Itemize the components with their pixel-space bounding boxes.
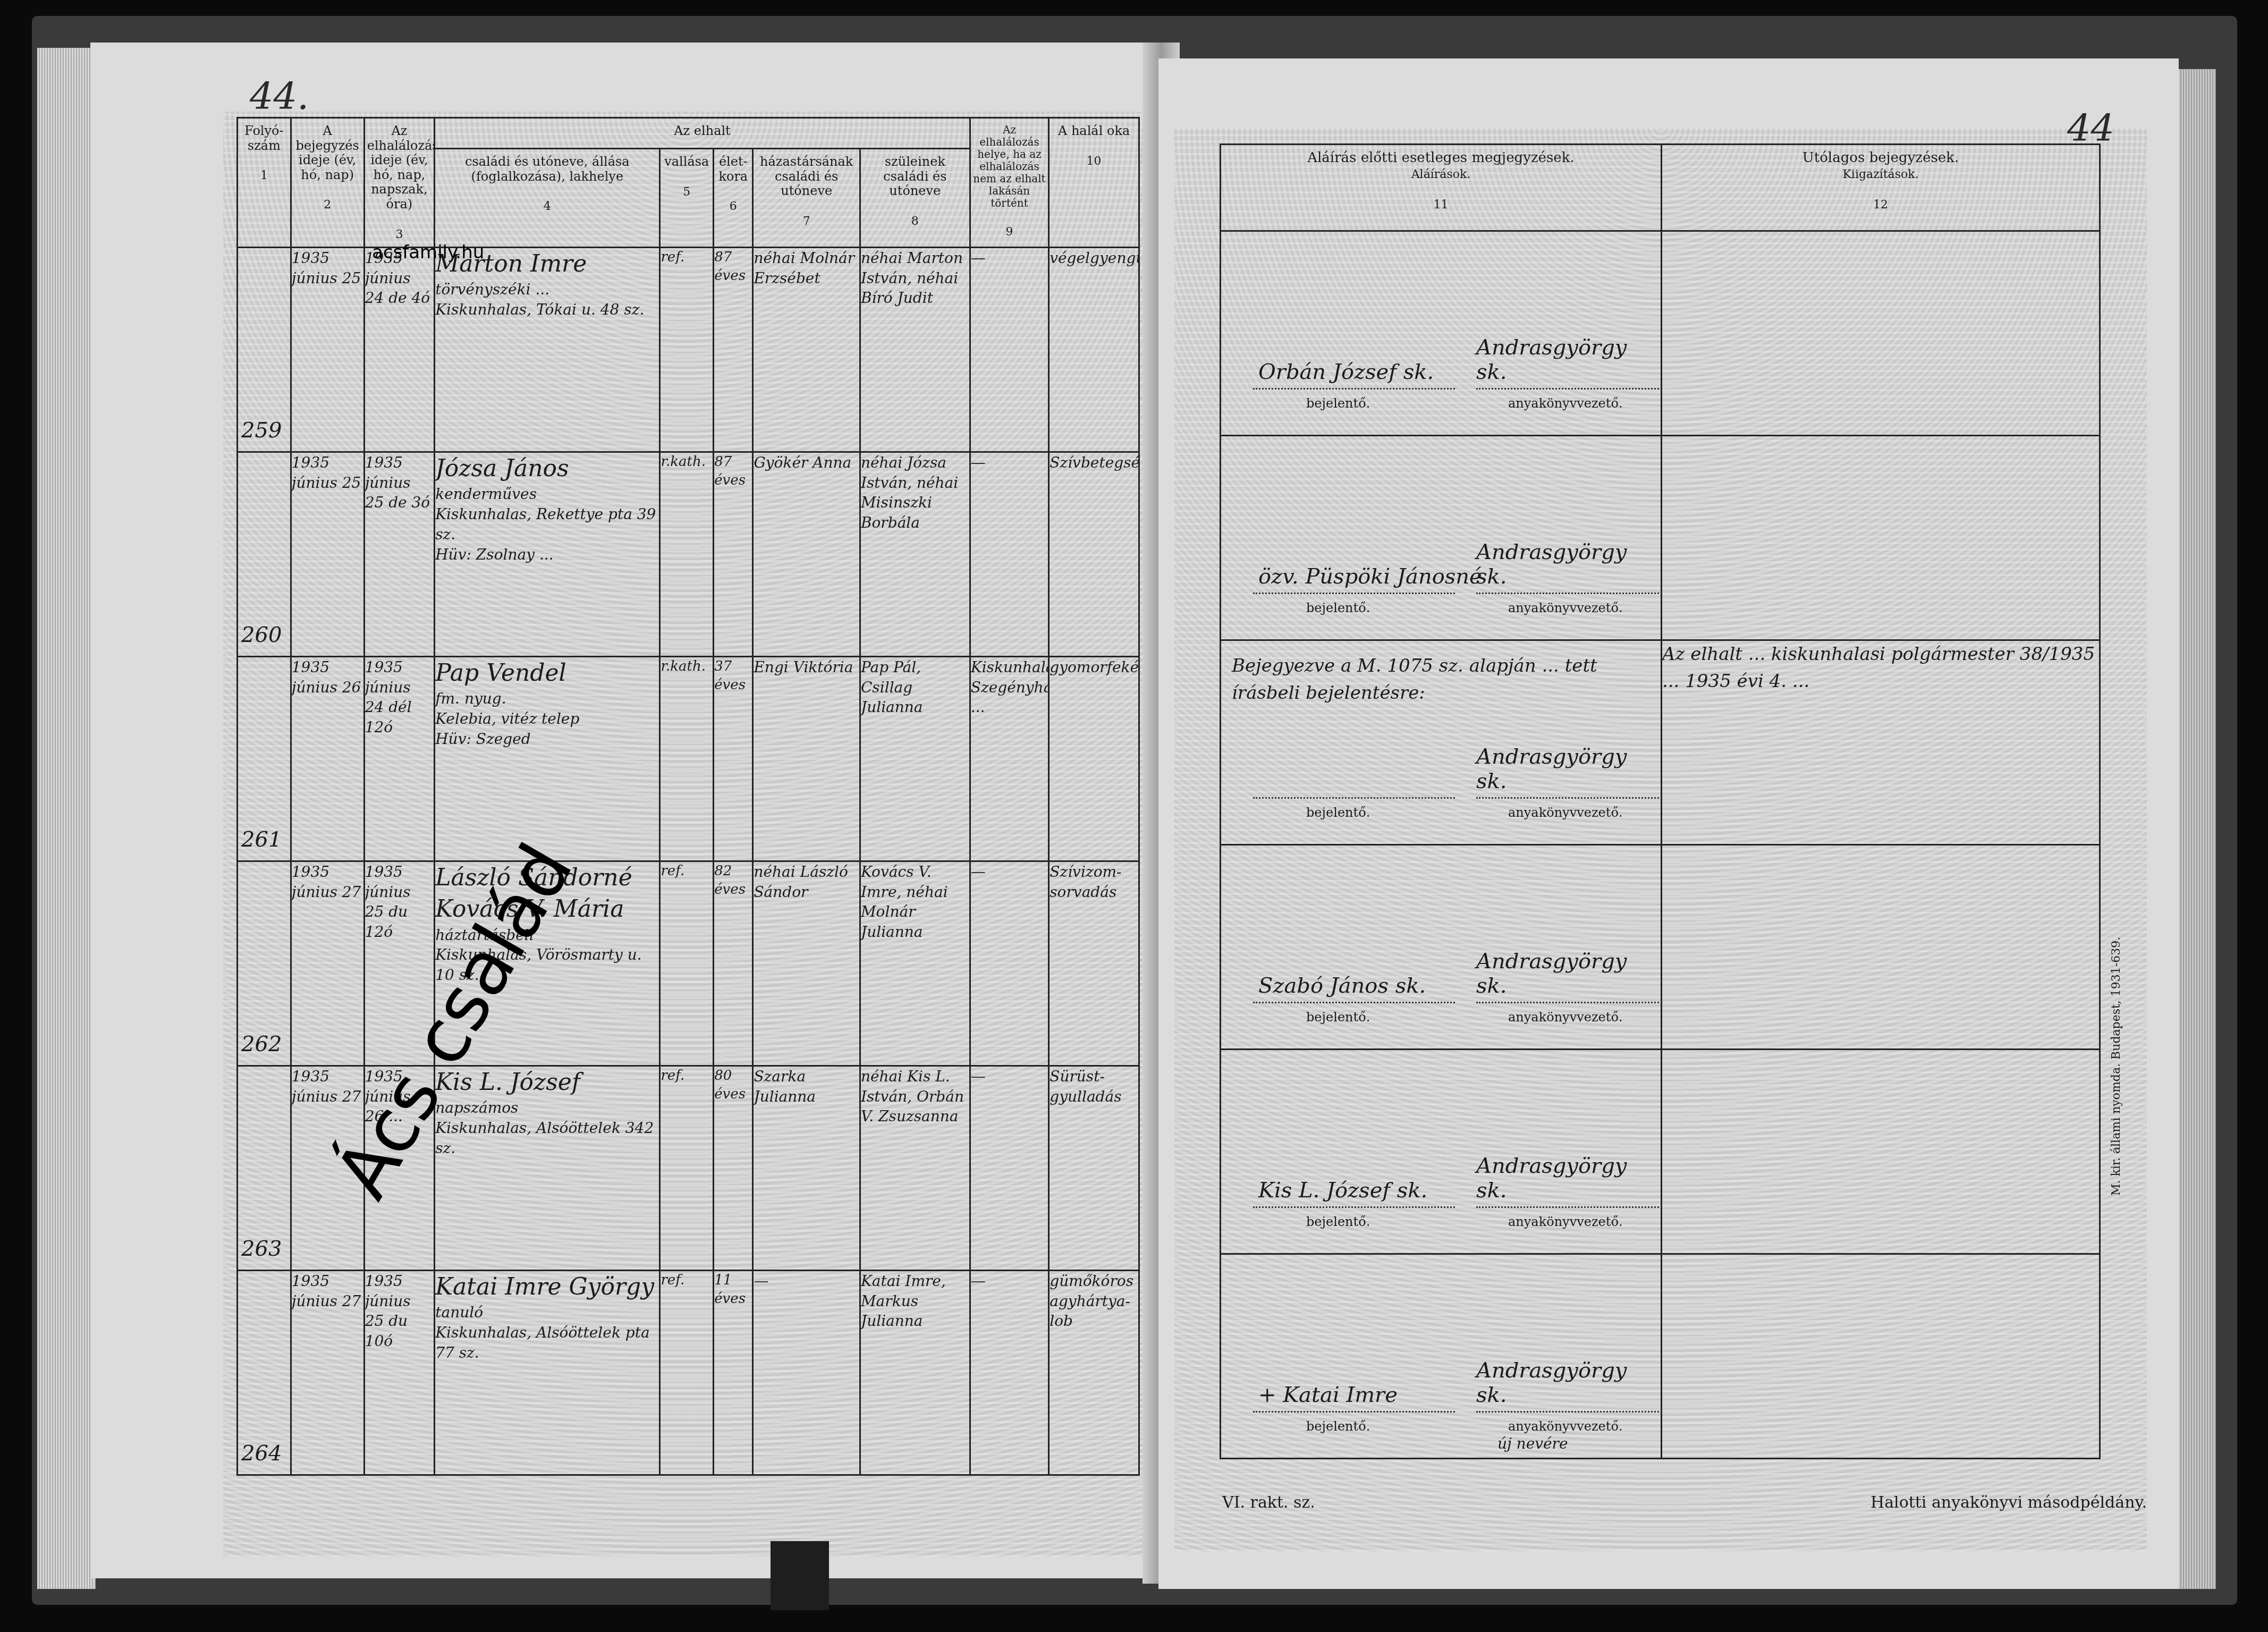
deceased-occupation: törvényszéki ...: [435, 280, 659, 300]
table-row: + Katai Imrebejelentő.Andrasgyörgy sk.an…: [1221, 1254, 2100, 1459]
religion: ref.: [660, 247, 714, 452]
cause-of-death: gümőkóros agyhártya-lob: [1049, 1270, 1139, 1475]
deceased-residence: Kelebia, vitéz telep: [435, 709, 659, 729]
remarks-signatures-cell: Kis L. József sk.bejelentő.Andrasgyörgy …: [1221, 1050, 1662, 1254]
parents: Kovács V. Imre, néhai Molnár Julianna: [860, 861, 970, 1066]
signature-block: Szabó János sk.bejelentő.Andrasgyörgy sk…: [1253, 971, 1629, 1035]
footer-shelf-number: VI. rakt. sz.: [1222, 1493, 1315, 1512]
registrar-label: anyakönyvvezető.: [1508, 396, 1623, 411]
deceased-residence: Kiskunhalas, Rekettye pta 39 sz.: [435, 504, 659, 545]
right-page: 44 Aláírás előtti esetleges megjegyzések…: [1158, 58, 2179, 1589]
age: 80 éves: [714, 1066, 753, 1270]
registrar-signature: Andrasgyörgy sk.: [1476, 1358, 1629, 1407]
deceased-occupation: tanuló: [435, 1303, 659, 1323]
remarks-signatures-cell: Bejegyezve a M. 1075 sz. alapján ... tet…: [1221, 640, 1662, 845]
reporter-line: [1253, 1002, 1455, 1003]
reporter-label: bejelentő.: [1306, 1214, 1370, 1229]
entry-number: 260: [238, 452, 291, 656]
col-header-3: Az elhalálozás ideje (év, hó, nap, napsz…: [364, 118, 435, 248]
deceased-residence: Kiskunhalas, Alsóöttelek 342 sz.: [435, 1118, 659, 1159]
entry-number: 263: [238, 1066, 291, 1270]
reporter-label: bejelentő.: [1306, 396, 1370, 411]
age: 82 éves: [714, 861, 753, 1066]
table-row: Bejegyezve a M. 1075 sz. alapján ... tet…: [1221, 640, 2100, 845]
reporter-label: bejelentő.: [1306, 805, 1370, 820]
table-row: özv. Püspöki Jánosnébejelentő.Andrasgyör…: [1221, 436, 2100, 640]
deceased-residence: Kiskunhalas, Tókai u. 48 sz.: [435, 300, 659, 320]
subsequent-entry-cell: [1662, 1254, 2100, 1459]
reporter-label: bejelentő.: [1306, 1419, 1370, 1434]
reporter-label: bejelentő.: [1306, 1010, 1370, 1025]
age: 11 éves: [714, 1270, 753, 1475]
religion: ref.: [660, 1270, 714, 1475]
left-page: 44. Folyó-szám1 A bejegyzés ideje (év, h…: [90, 43, 1158, 1578]
deceased-name: Katai Imre GyörgytanulóKiskunhalas, Alsó…: [435, 1270, 660, 1475]
col-header-7: házastársának családi és utóneve7: [753, 149, 860, 248]
registrar-label: anyakönyvvezető.: [1508, 1419, 1623, 1434]
registrar-signature: Andrasgyörgy sk.: [1476, 745, 1629, 793]
reporter-signature: özv. Püspöki Jánosné: [1258, 564, 1482, 589]
cause-of-death: gyomorfekély: [1049, 656, 1139, 861]
religion: r.kath.: [660, 452, 714, 656]
registrar-extra: új nevére: [1497, 1435, 1568, 1452]
registrar-line: [1476, 388, 1662, 390]
remarks-signatures-cell: + Katai Imrebejelentő.Andrasgyörgy sk.an…: [1221, 1254, 1662, 1459]
deceased-name: Kis L. JózsefnapszámosKiskunhalas, Alsóö…: [435, 1066, 660, 1270]
subsequent-entry-cell: [1662, 1050, 2100, 1254]
deceased-occupation: napszámos: [435, 1098, 659, 1118]
registrar-signature: Andrasgyörgy sk.: [1476, 335, 1629, 384]
table-row: 2591935 június 251935 június 24 de 4óMar…: [238, 247, 1139, 452]
spouse: néhai Molnár Erzsébet: [753, 247, 860, 452]
table-row: Kis L. József sk.bejelentő.Andrasgyörgy …: [1221, 1050, 2100, 1254]
cause-of-death: Sürüst-gyulladás: [1049, 1066, 1139, 1270]
registrar-label: anyakönyvvezető.: [1508, 805, 1623, 820]
table-row: 2621935 június 271935 június 25 du 12óLá…: [238, 861, 1139, 1066]
reporter-line: [1253, 388, 1455, 390]
reporter-signature: Orbán József sk.: [1258, 360, 1434, 384]
subsequent-entry-cell: Az elhalt ... kiskunhalasi polgármester …: [1662, 640, 2100, 845]
registrar-line: [1476, 593, 1662, 594]
death-place: —: [970, 247, 1048, 452]
spouse: Gyökér Anna: [753, 452, 860, 656]
parents: Pap Pál, Csillag Julianna: [860, 656, 970, 861]
subsequent-entry-cell: [1662, 845, 2100, 1050]
table-row: 2611935 június 261935 június 24 dél 12óP…: [238, 656, 1139, 861]
deceased-name: Pap Vendelfm. nyug.Kelebia, vitéz telepH…: [435, 656, 660, 861]
spouse: Szarka Julianna: [753, 1066, 860, 1270]
parents: Katai Imre, Markus Julianna: [860, 1270, 970, 1475]
col-header-5: vallása5: [660, 149, 714, 248]
page-edges-right: [2173, 69, 2216, 1589]
entry-number-text: 261: [241, 825, 282, 854]
entry-number: 261: [238, 656, 291, 861]
remarks-signatures-cell: Szabó János sk.bejelentő.Andrasgyörgy sk…: [1221, 845, 1662, 1050]
site-watermark: acsfamily.hu: [372, 242, 484, 263]
signature-block: Kis L. József sk.bejelentő.Andrasgyörgy …: [1253, 1176, 1629, 1240]
signature-block: Orbán József sk.bejelentő.Andrasgyörgy s…: [1253, 358, 1629, 421]
signature-block: bejelentő.Andrasgyörgy sk.anyakönyvvezet…: [1253, 767, 1629, 831]
death-place: —: [970, 861, 1048, 1066]
parents: néhai Józsa István, néhai Misinszki Borb…: [860, 452, 970, 656]
deceased-name: Józsa János: [435, 453, 659, 484]
spouse: néhai László Sándor: [753, 861, 860, 1066]
col-header-10: A halál oka10: [1049, 118, 1139, 248]
col-header-2: A bejegyzés ideje (év, hó, nap)2: [291, 118, 364, 248]
death-place: Kiskunhalasi Szegényház ...: [970, 656, 1048, 861]
remark-text: Bejegyezve a M. 1075 sz. alapján ... tet…: [1221, 641, 1661, 718]
page-edges-left: [37, 48, 96, 1589]
entry-number-text: 260: [241, 621, 282, 649]
entry-number-text: 263: [241, 1234, 282, 1263]
deceased-residence: Kiskunhalas, Alsóöttelek pta 77 sz.: [435, 1323, 659, 1363]
cause-of-death: végelgyengülés: [1049, 247, 1139, 452]
registration-date: 1935 június 26: [291, 656, 364, 861]
reporter-line: [1253, 593, 1455, 594]
signature-block: özv. Püspöki Jánosnébejelentő.Andrasgyör…: [1253, 562, 1629, 626]
death-place: —: [970, 452, 1048, 656]
registrar-signature: Andrasgyörgy sk.: [1476, 540, 1629, 589]
col-header-12: Utólagos bejegyzések.Kiigazítások.12: [1662, 145, 2100, 231]
reporter-signature: Szabó János sk.: [1258, 974, 1426, 998]
page-number: 44.: [250, 74, 309, 118]
registrar-label: anyakönyvvezető.: [1508, 1010, 1623, 1025]
death-date: 1935 június 24 dél 12ó: [364, 656, 435, 861]
deceased-occupation: kenderműves: [435, 484, 659, 504]
reporter-label: bejelentő.: [1306, 601, 1370, 615]
entry-number-text: 262: [241, 1030, 282, 1059]
death-date: 1935 június 25 du 10ó: [364, 1270, 435, 1475]
col-header-4: családi és utóneve, állása (foglalkozása…: [435, 149, 660, 248]
registrar-line: [1476, 1002, 1662, 1003]
cause-of-death: Szívizom-sorvadás: [1049, 861, 1139, 1066]
col-header-11: Aláírás előtti esetleges megjegyzések.Al…: [1221, 145, 1662, 231]
remarks-table: Aláírás előtti esetleges megjegyzések.Al…: [1220, 143, 2101, 1459]
table-row: Szabó János sk.bejelentő.Andrasgyörgy sk…: [1221, 845, 2100, 1050]
death-place: —: [970, 1066, 1048, 1270]
footer-form-title: Halotti anyakönyvi másodpéldány.: [1871, 1493, 2147, 1512]
parents: néhai Kis L. István, Orbán V. Zsuzsanna: [860, 1066, 970, 1270]
subsequent-entry-cell: [1662, 436, 2100, 640]
registrar-line: [1476, 1206, 1662, 1208]
reporter-line: [1253, 1411, 1455, 1413]
age: 87 éves: [714, 452, 753, 656]
col-header-1: Folyó-szám1: [238, 118, 291, 248]
religion: ref.: [660, 861, 714, 1066]
deceased-name: Marton Imretörvényszéki ...Kiskunhalas, …: [435, 247, 660, 452]
death-place: —: [970, 1270, 1048, 1475]
registration-date: 1935 június 25: [291, 452, 364, 656]
registrar-line: [1476, 1411, 1662, 1413]
registrar-signature: Andrasgyörgy sk.: [1476, 1154, 1629, 1203]
registrar-signature: Andrasgyörgy sk.: [1476, 949, 1629, 998]
printer-imprint: M. kir. állami nyomda. Budapest, 1931-63…: [2110, 937, 2123, 1196]
age: 37 éves: [714, 656, 753, 861]
cause-of-death: Szívbetegség: [1049, 452, 1139, 656]
entry-number: 262: [238, 861, 291, 1066]
remark-text: [1221, 436, 1661, 460]
remarks-signatures-cell: özv. Püspöki Jánosnébejelentő.Andrasgyör…: [1221, 436, 1662, 640]
reporter-line: [1253, 1206, 1455, 1208]
remark-text: [1221, 845, 1661, 869]
entry-number-text: 259: [241, 416, 282, 445]
deceased-occupation: fm. nyug.: [435, 689, 659, 709]
reporter-signature: Kis L. József sk.: [1258, 1178, 1427, 1203]
death-date: 1935 június 24 de 4ó: [364, 247, 435, 452]
subsequent-entry-cell: [1662, 231, 2100, 436]
spouse: —: [753, 1270, 860, 1475]
remark-text: [1221, 1050, 1661, 1073]
signature-block: + Katai Imrebejelentő.Andrasgyörgy sk.an…: [1253, 1381, 1629, 1444]
reporter-signature: + Katai Imre: [1258, 1383, 1398, 1407]
deceased-name: Pap Vendel: [435, 657, 659, 689]
remarks-signatures-cell: Orbán József sk.bejelentő.Andrasgyörgy s…: [1221, 231, 1662, 436]
col-header-6: élet-kora6: [714, 149, 753, 248]
registrar-label: anyakönyvvezető.: [1508, 601, 1623, 615]
table-row: 2641935 június 271935 június 25 du 10óKa…: [238, 1270, 1139, 1475]
death-register-table: Folyó-szám1 A bejegyzés ideje (év, hó, n…: [236, 117, 1140, 1476]
deceased-name: Józsa JánoskenderművesKiskunhalas, Reket…: [435, 452, 660, 656]
registrar-line: [1476, 797, 1662, 799]
deceased-extra: Hüv: Zsolnay ...: [435, 545, 659, 565]
death-date: 1935 június 25 de 3ó: [364, 452, 435, 656]
remark-text: [1221, 232, 1661, 255]
religion: ref.: [660, 1066, 714, 1270]
remark-text: [1221, 1255, 1661, 1278]
entry-number: 259: [238, 247, 291, 452]
bookmark-ribbon: [771, 1541, 829, 1610]
deceased-extra: Hüv: Szeged: [435, 729, 659, 749]
deceased-name: Katai Imre György: [435, 1271, 659, 1303]
religion: r.kath.: [660, 656, 714, 861]
reporter-line: [1253, 797, 1455, 799]
col-header-8: szüleinek családi és utóneve8: [860, 149, 970, 248]
group-header-deceased: Az elhalt: [435, 118, 970, 149]
spouse: Engi Viktória: [753, 656, 860, 861]
entry-number: 264: [238, 1270, 291, 1475]
entry-number-text: 264: [241, 1439, 282, 1468]
parents: néhai Marton István, néhai Bíró Judit: [860, 247, 970, 452]
registration-date: 1935 június 27: [291, 1270, 364, 1475]
table-row: Orbán József sk.bejelentő.Andrasgyörgy s…: [1221, 231, 2100, 436]
registration-date: 1935 június 27: [291, 861, 364, 1066]
table-row: 2601935 június 251935 június 25 de 3óJóz…: [238, 452, 1139, 656]
registrar-label: anyakönyvvezető.: [1508, 1214, 1623, 1229]
col-header-9: Az elhalálozás helye, ha az elhalálozás …: [970, 118, 1048, 248]
registration-date: 1935 június 25: [291, 247, 364, 452]
age: 87 éves: [714, 247, 753, 452]
